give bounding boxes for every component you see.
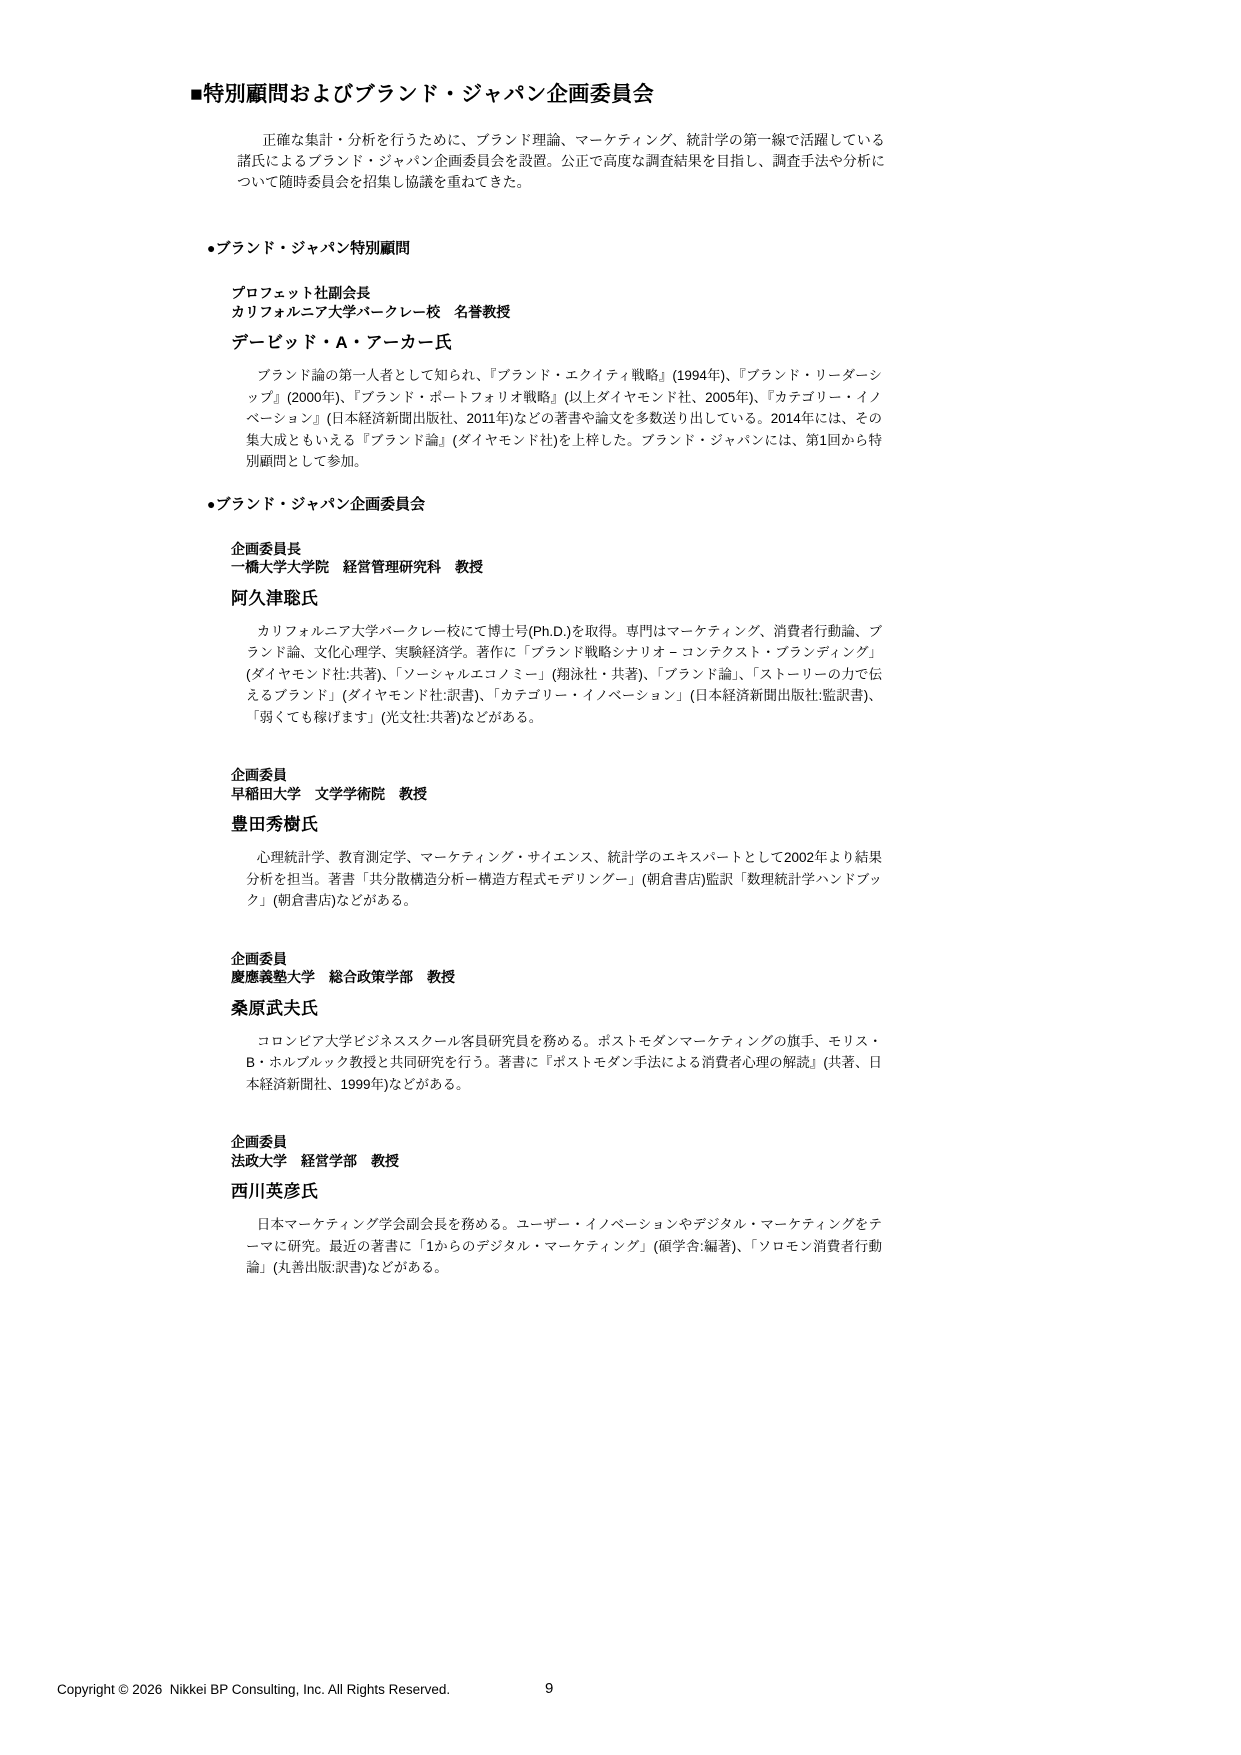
member-block-akutsu: 企画委員長 一橋大学大学院 経営管理研究科 教授 阿久津聡氏 カリフォルニア大学… bbox=[231, 540, 1241, 729]
committee-members: 企画委員長 一橋大学大学院 経営管理研究科 教授 阿久津聡氏 カリフォルニア大学… bbox=[0, 540, 1241, 1279]
page-number: 9 bbox=[545, 1680, 553, 1697]
member-name: デービッド・A・アーカー氏 bbox=[231, 328, 1241, 353]
intro-paragraph: 正確な集計・分析を行うために、ブランド理論、マーケティング、統計学の第一線で活躍… bbox=[237, 130, 885, 193]
member-affiliation: 法政大学 経営学部 教授 bbox=[231, 1152, 1241, 1171]
section-heading-text: ブランド・ジャパン企画委員会 bbox=[215, 496, 425, 513]
member-block-nishikawa: 企画委員 法政大学 経営学部 教授 西川英彦氏 日本マーケティング学会副会長を務… bbox=[231, 1133, 1241, 1279]
member-role: 企画委員 bbox=[231, 950, 1241, 969]
section-heading-committee: ●ブランド・ジャパン企画委員会 bbox=[207, 493, 1241, 514]
section-heading-special-advisor: ●ブランド・ジャパン特別顧問 bbox=[207, 237, 1241, 258]
member-bio: 日本マーケティング学会副会長を務める。ユーザー・イノベーションやデジタル・マーケ… bbox=[246, 1214, 882, 1279]
member-name: 桑原武夫氏 bbox=[231, 994, 1241, 1019]
member-affiliation: 一橋大学大学院 経営管理研究科 教授 bbox=[231, 558, 1241, 577]
page-title-text: 特別顧問およびブランド・ジャパン企画委員会 bbox=[203, 83, 654, 106]
special-advisor-members: プロフェット社副会長 カリフォルニア大学バークレー校 名誉教授 デービッド・A・… bbox=[0, 284, 1241, 473]
member-affiliation: カリフォルニア大学バークレー校 名誉教授 bbox=[231, 303, 1241, 322]
member-role: 企画委員 bbox=[231, 1133, 1241, 1152]
member-bio: カリフォルニア大学バークレー校にて博士号(Ph.D.)を取得。専門はマーケティン… bbox=[246, 621, 882, 729]
member-affiliation: 早稲田大学 文学学術院 教授 bbox=[231, 785, 1241, 804]
member-bio: 心理統計学、教育測定学、マーケティング・サイエンス、統計学のエキスパートとして2… bbox=[246, 847, 882, 912]
footer-copyright: Copyright © 2026 Nikkei BP Consulting, I… bbox=[57, 1682, 450, 1697]
member-block-aaker: プロフェット社副会長 カリフォルニア大学バークレー校 名誉教授 デービッド・A・… bbox=[231, 284, 1241, 473]
member-bio: コロンビア大学ビジネススクール客員研究員を務める。ポストモダンマーケティングの旗… bbox=[246, 1031, 882, 1096]
member-affiliation: 慶應義塾大学 総合政策学部 教授 bbox=[231, 968, 1241, 987]
member-bio: ブランド論の第一人者として知られ、『ブランド・エクイティ戦略』(1994年)、『… bbox=[246, 365, 882, 473]
member-role: 企画委員 bbox=[231, 766, 1241, 785]
document-page: ■特別顧問およびブランド・ジャパン企画委員会 正確な集計・分析を行うために、ブラ… bbox=[0, 0, 1241, 1755]
member-block-kuwahara: 企画委員 慶應義塾大学 総合政策学部 教授 桑原武夫氏 コロンビア大学ビジネスス… bbox=[231, 950, 1241, 1096]
member-block-toyoda: 企画委員 早稲田大学 文学学術院 教授 豊田秀樹氏 心理統計学、教育測定学、マー… bbox=[231, 766, 1241, 912]
page-title: ■特別顧問およびブランド・ジャパン企画委員会 bbox=[190, 0, 1241, 108]
square-bullet-icon: ■ bbox=[190, 83, 203, 106]
member-name: 豊田秀樹氏 bbox=[231, 810, 1241, 835]
member-role: 企画委員長 bbox=[231, 540, 1241, 559]
section-heading-text: ブランド・ジャパン特別顧問 bbox=[215, 240, 410, 257]
member-role: プロフェット社副会長 bbox=[231, 284, 1241, 303]
member-name: 阿久津聡氏 bbox=[231, 584, 1241, 609]
member-name: 西川英彦氏 bbox=[231, 1177, 1241, 1202]
